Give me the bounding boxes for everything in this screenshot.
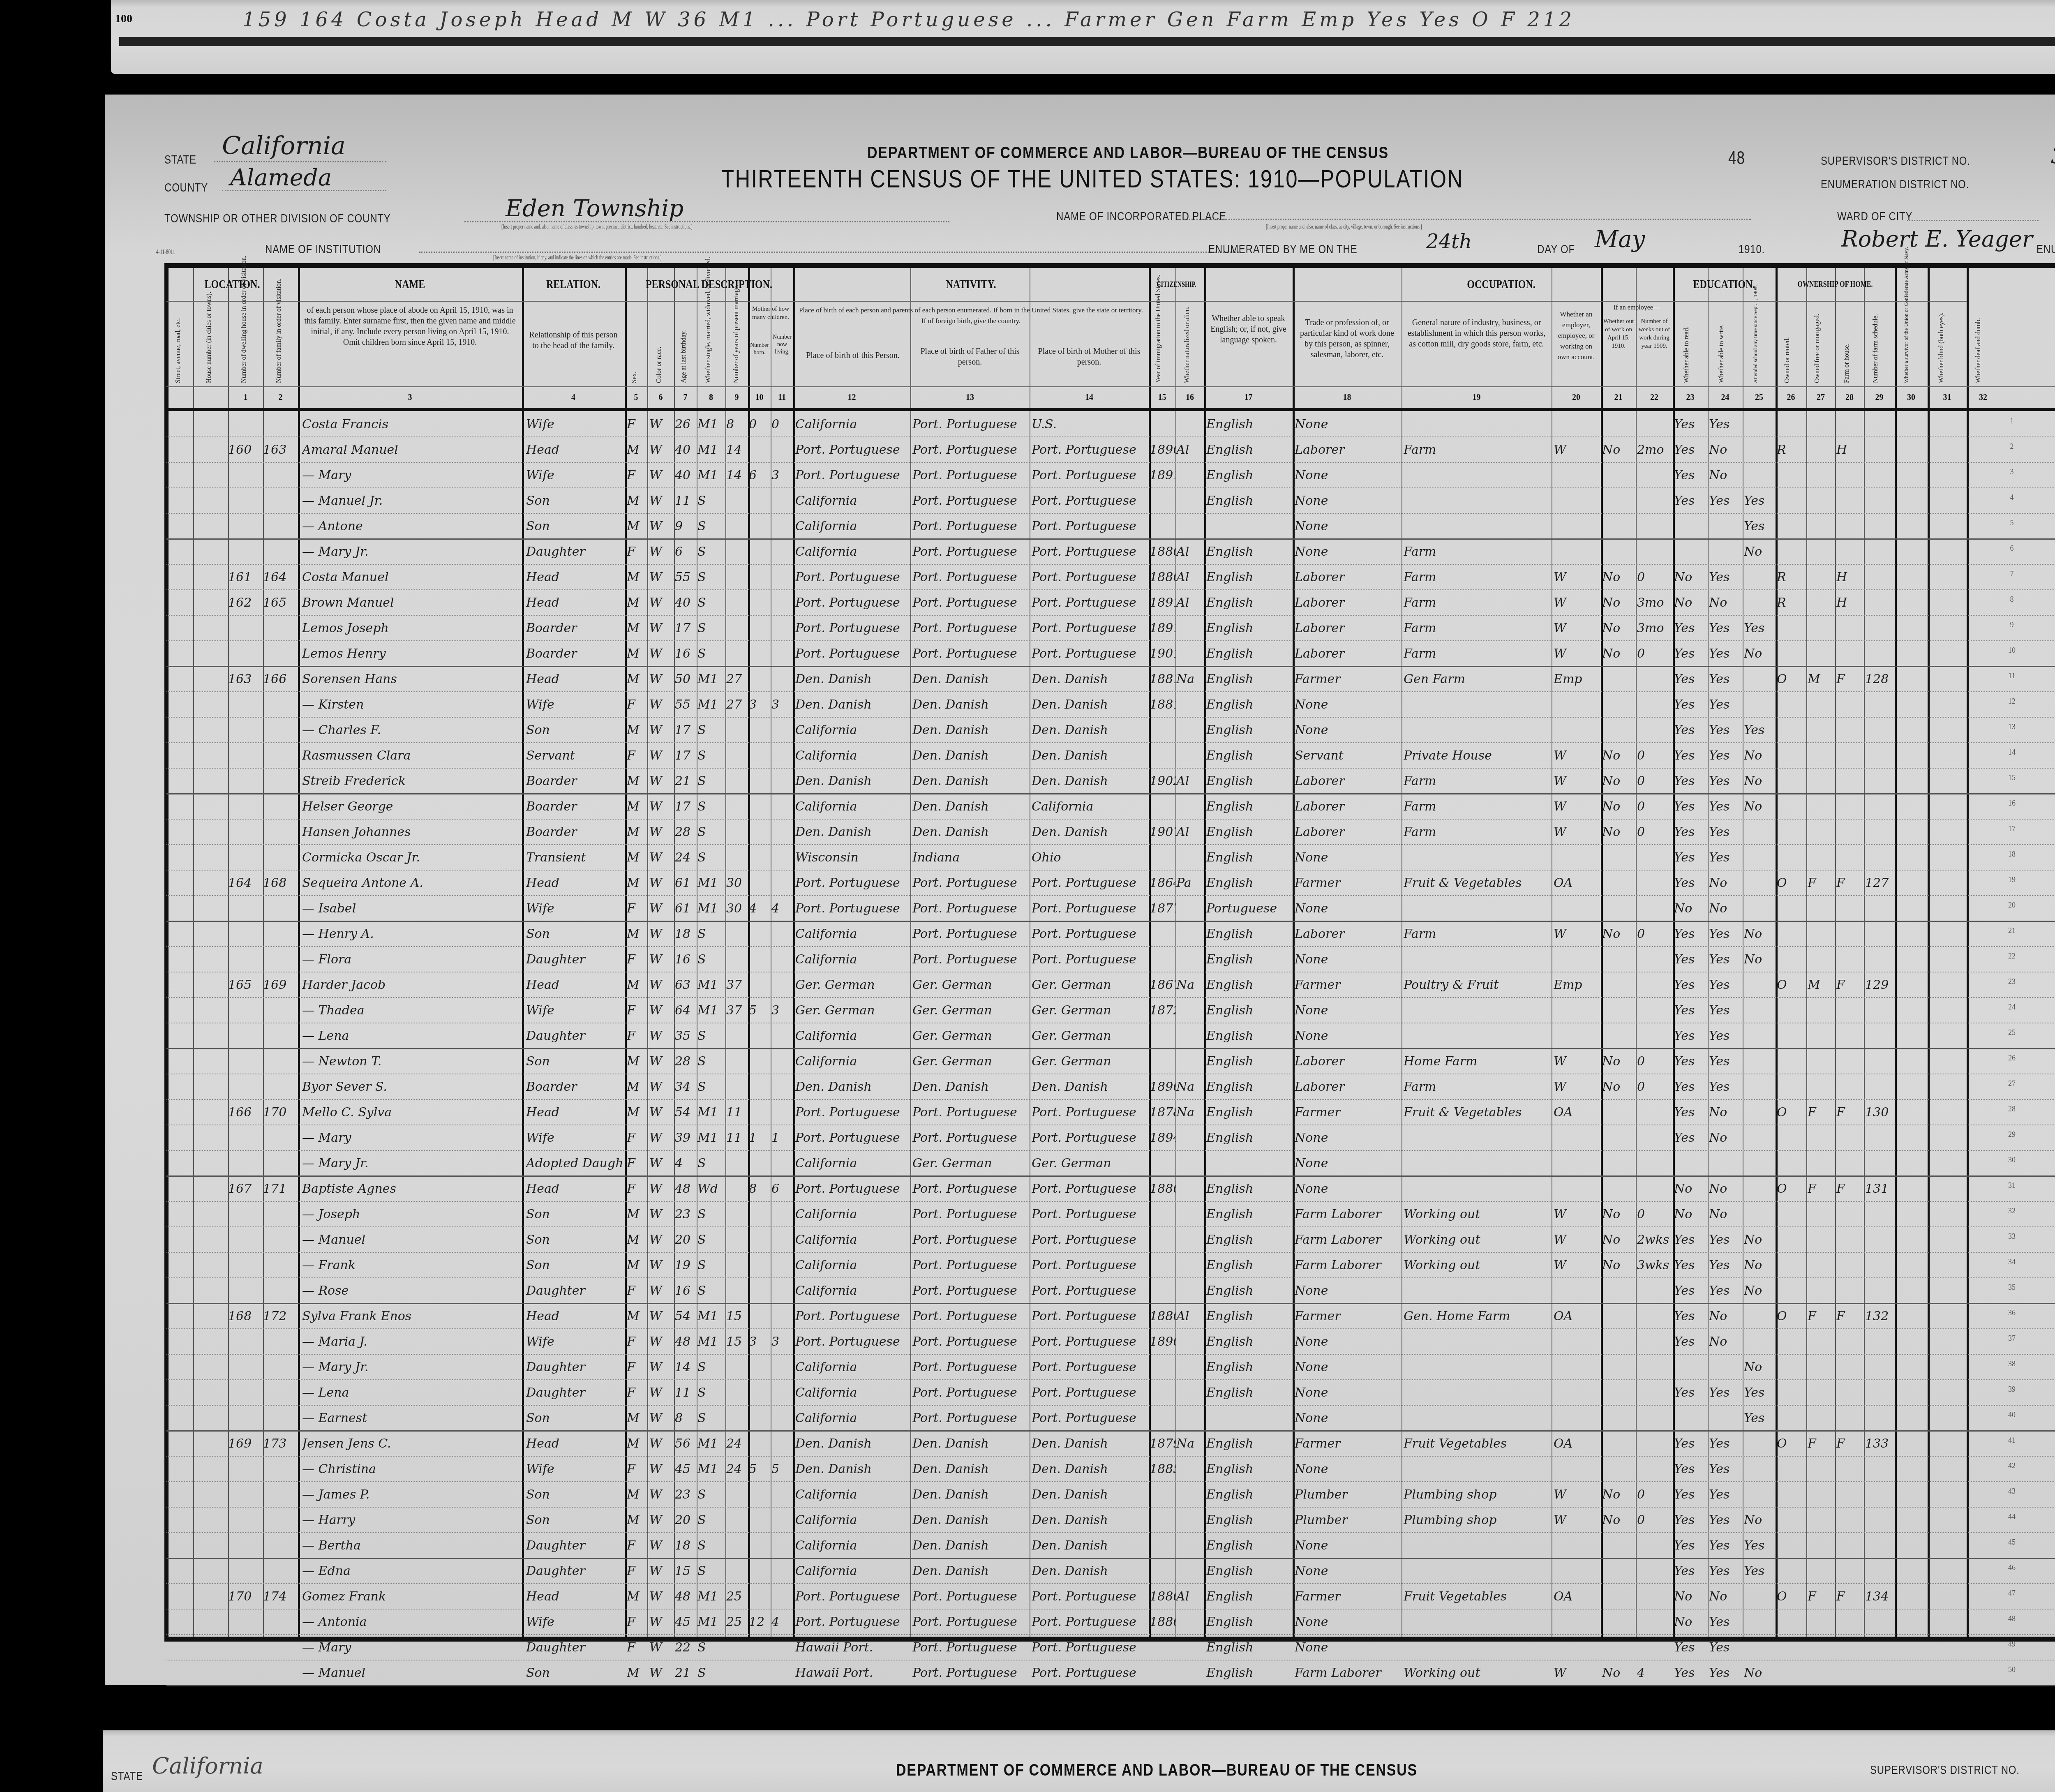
cell-write: [1709, 516, 1743, 537]
cell-sex: F: [627, 1561, 647, 1582]
cell-living: 1: [771, 1128, 793, 1148]
cell-industry: Farm: [1404, 644, 1552, 664]
cell-marital: M1: [697, 1306, 725, 1327]
cell-school: [1744, 669, 1776, 690]
cell-free: [1808, 1255, 1835, 1276]
cell-read: Yes: [1674, 873, 1708, 894]
cell-yrs-married: [726, 1051, 748, 1072]
cell-school: Yes: [1744, 1383, 1776, 1403]
cell-sched: [1865, 465, 1895, 486]
cell-farm: [1836, 1204, 1864, 1225]
cell-sex: M: [627, 1230, 647, 1250]
cell-dwelling: [228, 465, 263, 486]
cell-relation: Son: [526, 924, 623, 944]
cell-yrs-married: [726, 542, 748, 562]
cell-race: W: [649, 1102, 674, 1123]
cell-father: Ger. German: [912, 1000, 1030, 1021]
group-relation: RELATION.: [532, 268, 614, 301]
cell-school: Yes: [1744, 1536, 1776, 1556]
cell-name: Rasmussen Clara: [302, 746, 520, 766]
cell-family: [263, 542, 298, 562]
cell-natur: [1176, 746, 1204, 766]
form-code: 4-11-8011: [156, 249, 175, 256]
cell-birth: California: [795, 1230, 910, 1250]
cell-write: Yes: [1709, 695, 1743, 715]
cell-trade: Plumber: [1295, 1510, 1402, 1531]
cell-read: Yes: [1674, 1255, 1708, 1276]
cell-living: [771, 975, 793, 995]
cell-father: Port. Portuguese: [912, 1357, 1030, 1378]
line-number: 24: [2004, 1003, 2020, 1011]
cell-immig: 1907: [1150, 822, 1175, 843]
col-num-28: 28: [1835, 387, 1864, 408]
col-num-16: 16: [1175, 387, 1204, 408]
cell-industry: [1404, 1332, 1552, 1352]
cell-weeks: [1637, 1179, 1673, 1199]
cell-immig: [1150, 1561, 1175, 1582]
cell-name: Gomez Frank: [302, 1586, 520, 1607]
cell-race: W: [649, 848, 674, 868]
table-row: — BerthaDaughterFW18SCaliforniaDen. Dani…: [166, 1532, 2055, 1559]
col-num-7: 7: [674, 387, 697, 408]
line-number: 50: [2004, 1665, 2020, 1674]
cell-weeks: [1637, 949, 1673, 970]
cell-trade: None: [1295, 695, 1402, 715]
cell-marital: Wd: [697, 1179, 725, 1199]
cell-farm: [1836, 746, 1864, 766]
cell-mother: Port. Portuguese: [1032, 440, 1149, 460]
cell-sched: [1865, 898, 1895, 919]
cell-natur: [1176, 1179, 1204, 1199]
cell-sched: [1865, 1128, 1895, 1148]
cell-immig: [1150, 1204, 1175, 1225]
cell-living: [771, 873, 793, 894]
cell-race: W: [649, 1128, 674, 1148]
cell-family: [263, 1332, 298, 1352]
cell-trade: None: [1295, 1561, 1402, 1582]
cell-race: W: [649, 1459, 674, 1480]
cell-immig: 1880: [1150, 567, 1175, 588]
cell-weeks: [1637, 516, 1673, 537]
cell-name: — Earnest: [302, 1408, 520, 1429]
cell-immig: [1150, 1383, 1175, 1403]
cell-dwelling: 170: [228, 1586, 263, 1607]
cell-natur: Na: [1176, 1102, 1204, 1123]
cell-birth: California: [795, 1051, 910, 1072]
cell-own: [1777, 465, 1806, 486]
cell-marital: S: [697, 593, 725, 613]
cell-race: W: [649, 1153, 674, 1174]
table-row: 168172Sylva Frank EnosHeadMW54M115Port. …: [166, 1303, 2055, 1329]
cell-language: English: [1206, 1026, 1293, 1046]
cell-school: No: [1744, 1357, 1776, 1378]
cell-own: [1777, 746, 1806, 766]
cell-name: — Maria J.: [302, 1332, 520, 1352]
line-number: 41: [2004, 1436, 2020, 1445]
cell-race: W: [649, 1077, 674, 1097]
cell-read: Yes: [1674, 1230, 1708, 1250]
cell-family: [263, 1637, 298, 1658]
cell-marital: S: [697, 924, 725, 944]
cell-free: F: [1808, 1306, 1835, 1327]
cell-relation: Daughter: [526, 1637, 623, 1658]
cell-out: No: [1602, 618, 1636, 639]
col-num-21: 21: [1601, 387, 1636, 408]
cell-industry: Fruit Vegetables: [1404, 1586, 1552, 1607]
table-row: — FloraDaughterFW16SCaliforniaPort. Port…: [166, 946, 2055, 972]
cell-living: [771, 1255, 793, 1276]
cell-free: [1808, 1485, 1835, 1505]
table-row: — FrankSonMW19SCaliforniaPort. Portugues…: [166, 1252, 2055, 1278]
cell-weeks: [1637, 465, 1673, 486]
cell-own: [1777, 924, 1806, 944]
cell-weeks: [1637, 1332, 1673, 1352]
cell-free: [1808, 465, 1835, 486]
cell-sex: F: [627, 1536, 647, 1556]
cell-sched: [1865, 1510, 1895, 1531]
cell-born: [749, 618, 771, 639]
cell-born: [749, 1663, 771, 1683]
cell-sex: F: [627, 1612, 647, 1633]
cell-family: 164: [263, 567, 298, 588]
cell-trade: Laborer: [1295, 1051, 1402, 1072]
cell-name: — Mary: [302, 1128, 520, 1148]
cell-read: No: [1674, 1179, 1708, 1199]
cell-marital: S: [697, 1383, 725, 1403]
cell-family: [263, 720, 298, 741]
cell-natur: Al: [1176, 440, 1204, 460]
cell-race: W: [649, 924, 674, 944]
cell-language: English: [1206, 771, 1293, 792]
cell-birth: California: [795, 1026, 910, 1046]
cell-sched: [1865, 542, 1895, 562]
cell-marital: M1: [697, 1102, 725, 1123]
cell-language: English: [1206, 1637, 1293, 1658]
cell-read: Yes: [1674, 1637, 1708, 1658]
cell-trade: None: [1295, 1357, 1402, 1378]
line-number: 7: [2004, 570, 2020, 578]
cell-father: Port. Portuguese: [912, 567, 1030, 588]
cell-marital: M1: [697, 414, 725, 435]
cell-language: English: [1206, 1230, 1293, 1250]
cell-trade: Laborer: [1295, 924, 1402, 944]
cell-race: W: [649, 1051, 674, 1072]
cell-sched: [1865, 1204, 1895, 1225]
cell-dwelling: [228, 822, 263, 843]
cell-dwelling: [228, 1153, 263, 1174]
cell-natur: [1176, 465, 1204, 486]
cell-farm: [1836, 848, 1864, 868]
name-description: of each person whose place of abode on A…: [302, 305, 518, 348]
cell-sched: [1865, 1255, 1895, 1276]
cell-immig: 1872: [1150, 1000, 1175, 1021]
cell-emp: [1554, 1383, 1601, 1403]
cell-born: 1: [749, 1128, 771, 1148]
cell-dwelling: 163: [228, 669, 263, 690]
cell-race: W: [649, 1434, 674, 1454]
cell-birth: California: [795, 1408, 910, 1429]
table-row: — HarrySonMW20SCaliforniaDen. DanishDen.…: [166, 1507, 2055, 1533]
cell-sched: [1865, 1077, 1895, 1097]
cell-emp: W: [1554, 618, 1601, 639]
line-number: 12: [2004, 697, 2020, 706]
cell-family: [263, 1077, 298, 1097]
cell-born: [749, 1485, 771, 1505]
cell-birth: Port. Portuguese: [795, 1306, 910, 1327]
cell-family: [263, 516, 298, 537]
cell-school: No: [1744, 1281, 1776, 1301]
cell-emp: W: [1554, 1051, 1601, 1072]
cell-trade: Farmer: [1295, 1434, 1402, 1454]
cell-marital: S: [697, 644, 725, 664]
cell-name: — Rose: [302, 1281, 520, 1301]
cell-farm: F: [1836, 1586, 1864, 1607]
cell-dwelling: [228, 695, 263, 715]
cell-yrs-married: [726, 949, 748, 970]
cell-trade: None: [1295, 1383, 1402, 1403]
cell-trade: Laborer: [1295, 644, 1402, 664]
cell-race: W: [649, 414, 674, 435]
cell-sched: [1865, 1612, 1895, 1633]
cell-mother: Den. Danish: [1032, 771, 1149, 792]
cell-father: Den. Danish: [912, 797, 1030, 817]
cell-dwelling: [228, 746, 263, 766]
cell-farm: [1836, 491, 1864, 511]
cell-race: W: [649, 542, 674, 562]
cell-relation: Boarder: [526, 644, 623, 664]
cell-immig: [1150, 1255, 1175, 1276]
cell-born: [749, 1306, 771, 1327]
cell-language: English: [1206, 644, 1293, 664]
cell-language: English: [1206, 746, 1293, 766]
cell-dwelling: [228, 771, 263, 792]
cell-living: [771, 1485, 793, 1505]
cell-born: [749, 1383, 771, 1403]
cell-family: [263, 848, 298, 868]
cell-free: [1808, 1510, 1835, 1531]
cell-read: Yes: [1674, 1051, 1708, 1072]
table-row: — Maria J.WifeFW48M11533Port. Portuguese…: [166, 1328, 2055, 1355]
cell-living: [771, 1383, 793, 1403]
cell-marital: M1: [697, 1586, 725, 1607]
cell-write: Yes: [1709, 822, 1743, 843]
cell-own: O: [1777, 873, 1806, 894]
cell-read: [1674, 1408, 1708, 1429]
line-number: 23: [2004, 977, 2020, 986]
cell-out: [1602, 1459, 1636, 1480]
cell-industry: [1404, 949, 1552, 970]
cell-emp: [1554, 949, 1601, 970]
cell-marital: M1: [697, 898, 725, 919]
cell-born: [749, 644, 771, 664]
cell-born: 12: [749, 1612, 771, 1633]
cell-family: [263, 1459, 298, 1480]
cell-natur: [1176, 949, 1204, 970]
cell-marital: M1: [697, 873, 725, 894]
table-row: Rasmussen ClaraServantFW17SCaliforniaDen…: [166, 742, 2055, 769]
cell-dwelling: [228, 1077, 263, 1097]
cell-living: [771, 644, 793, 664]
cell-free: [1808, 516, 1835, 537]
birth-person-header: Place of birth of this Person.: [797, 350, 908, 361]
cell-write: Yes: [1709, 1612, 1743, 1633]
cell-read: Yes: [1674, 949, 1708, 970]
cell-school: [1744, 1485, 1776, 1505]
cell-out: [1602, 1637, 1636, 1658]
cell-born: [749, 1204, 771, 1225]
cell-sched: [1865, 1663, 1895, 1683]
cell-write: Yes: [1709, 1434, 1743, 1454]
cell-out: No: [1602, 593, 1636, 613]
cell-trade: Servant: [1295, 746, 1402, 766]
cell-living: 0: [771, 414, 793, 435]
cell-race: W: [649, 1561, 674, 1582]
cell-race: W: [649, 669, 674, 690]
cell-family: [263, 1281, 298, 1301]
cell-sex: M: [627, 593, 647, 613]
cell-birth: California: [795, 1510, 910, 1531]
cell-relation: Son: [526, 1663, 623, 1683]
cell-weeks: [1637, 1026, 1673, 1046]
cell-own: [1777, 1026, 1806, 1046]
cell-dwelling: 164: [228, 873, 263, 894]
cell-out: No: [1602, 440, 1636, 460]
cell-family: [263, 1561, 298, 1582]
cell-yrs-married: [726, 1357, 748, 1378]
cell-sched: [1865, 720, 1895, 741]
cell-emp: W: [1554, 1204, 1601, 1225]
cell-farm: [1836, 771, 1864, 792]
col-num-9: 9: [725, 387, 748, 408]
cell-dwelling: [228, 797, 263, 817]
cell-write: [1709, 1408, 1743, 1429]
cell-emp: W: [1554, 440, 1601, 460]
table-row: — Mary Jr.DaughterFW6SCaliforniaPort. Po…: [166, 538, 2055, 565]
cell-out: [1602, 695, 1636, 715]
cell-age: 20: [675, 1230, 697, 1250]
cell-mother: Port. Portuguese: [1032, 1586, 1149, 1607]
cell-marital: S: [697, 618, 725, 639]
cell-yrs-married: [726, 567, 748, 588]
table-row: 167171Baptiste AgnesHeadFW48Wd86Port. Po…: [166, 1175, 2055, 1202]
cell-emp: [1554, 491, 1601, 511]
cell-marital: S: [697, 822, 725, 843]
table-row: — LenaDaughterFW11SCaliforniaPort. Portu…: [166, 1379, 2055, 1406]
cell-own: O: [1777, 1434, 1806, 1454]
cell-emp: W: [1554, 593, 1601, 613]
cell-industry: Poultry & Fruit: [1404, 975, 1552, 995]
line-number: 44: [2004, 1513, 2020, 1521]
cell-dwelling: [228, 1128, 263, 1148]
cell-dwelling: 160: [228, 440, 263, 460]
cell-write: No: [1709, 593, 1743, 613]
cell-out: No: [1602, 1204, 1636, 1225]
cell-language: English: [1206, 542, 1293, 562]
cell-industry: [1404, 1026, 1552, 1046]
cell-father: Port. Portuguese: [912, 1179, 1030, 1199]
cell-out: [1602, 1586, 1636, 1607]
cell-read: Yes: [1674, 848, 1708, 868]
cell-living: 5: [771, 1459, 793, 1480]
cell-read: Yes: [1674, 1077, 1708, 1097]
day-of-label: DAY OF: [1537, 242, 1575, 256]
cell-natur: [1176, 1536, 1204, 1556]
cell-father: Port. Portuguese: [912, 618, 1030, 639]
cell-sex: F: [627, 1179, 647, 1199]
cell-father: Port. Portuguese: [912, 440, 1030, 460]
cell-read: No: [1674, 1586, 1708, 1607]
cell-industry: Farm: [1404, 924, 1552, 944]
cell-living: [771, 567, 793, 588]
cell-immig: 1885: [1150, 1459, 1175, 1480]
cell-sched: [1865, 695, 1895, 715]
cell-emp: W: [1554, 797, 1601, 817]
cell-natur: [1176, 1255, 1204, 1276]
enumeration-label: ENUMERATION DISTRICT NO.: [1821, 178, 1969, 192]
cell-dwelling: [228, 1051, 263, 1072]
cell-free: M: [1808, 975, 1835, 995]
cell-sex: F: [627, 1637, 647, 1658]
cell-emp: W: [1554, 746, 1601, 766]
cell-sched: [1865, 1332, 1895, 1352]
group-location: LOCATION.: [180, 268, 285, 301]
cell-industry: Farm: [1404, 618, 1552, 639]
cell-relation: Wife: [526, 465, 623, 486]
cell-farm: [1836, 644, 1864, 664]
cell-born: [749, 1153, 771, 1174]
cell-sched: [1865, 1051, 1895, 1072]
cell-free: [1808, 797, 1835, 817]
cell-birth: Port. Portuguese: [795, 593, 910, 613]
cell-relation: Head: [526, 593, 623, 613]
cell-weeks: [1637, 491, 1673, 511]
cell-emp: W: [1554, 1077, 1601, 1097]
cell-out: [1602, 898, 1636, 919]
cell-mother: Port. Portuguese: [1032, 542, 1149, 562]
cell-living: [771, 848, 793, 868]
cell-school: No: [1744, 1255, 1776, 1276]
cell-own: [1777, 949, 1806, 970]
cell-sched: [1865, 1536, 1895, 1556]
cell-read: No: [1674, 567, 1708, 588]
cell-dwelling: [228, 720, 263, 741]
cell-out: No: [1602, 771, 1636, 792]
cell-marital: S: [697, 1051, 725, 1072]
cell-natur: [1176, 618, 1204, 639]
cell-out: [1602, 1434, 1636, 1454]
cell-living: [771, 593, 793, 613]
cell-sex: M: [627, 1586, 647, 1607]
cell-sched: 132: [1865, 1306, 1895, 1327]
cell-living: [771, 797, 793, 817]
cell-father: Den. Danish: [912, 771, 1030, 792]
cell-farm: [1836, 1026, 1864, 1046]
cell-own: O: [1777, 1586, 1806, 1607]
cell-mother: Port. Portuguese: [1032, 593, 1149, 613]
cell-school: [1744, 593, 1776, 613]
cell-sched: 129: [1865, 975, 1895, 995]
cell-school: [1744, 1077, 1776, 1097]
cell-free: [1808, 1204, 1835, 1225]
table-row: — Mary Jr.Adopted DaughterFW4SCalifornia…: [166, 1150, 2055, 1177]
table-row: — IsabelWifeFW61M13044Port. PortuguesePo…: [166, 895, 2055, 922]
cell-birth: California: [795, 924, 910, 944]
cell-sched: [1865, 771, 1895, 792]
immigration-year-header: Year of immigration to the United States…: [1155, 309, 1162, 383]
cell-name: — Mary: [302, 1637, 520, 1658]
cell-farm: [1836, 720, 1864, 741]
cell-weeks: [1637, 1536, 1673, 1556]
